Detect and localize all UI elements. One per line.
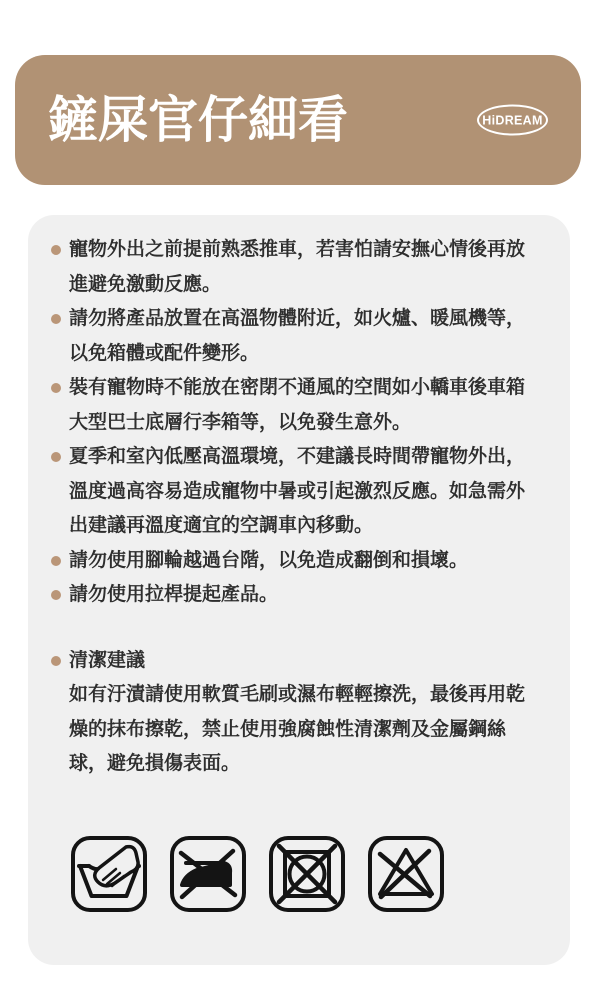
cleaning-title: 清潔建議 <box>69 644 145 679</box>
cleaning-section: 清潔建議 如有汙漬請使用軟質毛刷或濕布輕輕擦洗，最後再用乾燥的抹布擦乾，禁止使用… <box>51 644 538 782</box>
bullet-dot-icon <box>51 590 61 600</box>
care-icons-row <box>70 835 445 913</box>
cleaning-body: 如有汙漬請使用軟質毛刷或濕布輕輕擦洗，最後再用乾燥的抹布擦乾，禁止使用強腐蝕性清… <box>69 678 538 782</box>
do-not-iron-icon <box>169 835 247 913</box>
notice-card: 寵物外出之前提前熟悉推車，若害怕請安撫心情後再放進避免激動反應。請勿將產品放置在… <box>28 215 570 965</box>
notice-item: 請勿將產品放置在高溫物體附近，如火爐、暖風機等，以免箱體或配件變形。 <box>51 302 538 371</box>
do-not-bleach-icon <box>367 835 445 913</box>
notices-list: 寵物外出之前提前熟悉推車，若害怕請安撫心情後再放進避免激動反應。請勿將產品放置在… <box>51 233 538 613</box>
notice-text: 寵物外出之前提前熟悉推車，若害怕請安撫心情後再放進避免激動反應。 <box>69 233 538 302</box>
brand-logo-text: HiDREAM <box>482 113 542 127</box>
bullet-dot-icon <box>51 314 61 324</box>
notice-text: 裝有寵物時不能放在密閉不通風的空間如小轎車後車箱大型巴士底層行李箱等，以免發生意… <box>69 371 538 440</box>
hand-wash-icon <box>70 835 148 913</box>
notice-text: 請勿使用拉桿提起產品。 <box>69 578 278 613</box>
cleaning-heading: 清潔建議 <box>51 644 538 679</box>
notice-item: 請勿使用拉桿提起產品。 <box>51 578 538 613</box>
bullet-dot-icon <box>51 383 61 393</box>
notice-text: 請勿使用腳輪越過台階，以免造成翻倒和損壞。 <box>69 544 468 579</box>
notice-item: 請勿使用腳輪越過台階，以免造成翻倒和損壞。 <box>51 544 538 579</box>
notice-item: 裝有寵物時不能放在密閉不通風的空間如小轎車後車箱大型巴士底層行李箱等，以免發生意… <box>51 371 538 440</box>
header-banner: 鏟屎官仔細看 HiDREAM <box>15 55 581 185</box>
bullet-dot-icon <box>51 556 61 566</box>
bullet-dot-icon <box>51 452 61 462</box>
bullet-dot-icon <box>51 245 61 255</box>
notice-text: 請勿將產品放置在高溫物體附近，如火爐、暖風機等，以免箱體或配件變形。 <box>69 302 538 371</box>
brand-logo: HiDREAM <box>477 105 548 136</box>
page-title: 鏟屎官仔細看 <box>48 95 348 145</box>
notice-item: 寵物外出之前提前熟悉推車，若害怕請安撫心情後再放進避免激動反應。 <box>51 233 538 302</box>
notice-text: 夏季和室內低壓高溫環境，不建議長時間帶寵物外出，溫度過高容易造成寵物中暑或引起激… <box>69 440 538 544</box>
do-not-tumble-dry-icon <box>268 835 346 913</box>
bullet-dot-icon <box>51 656 61 666</box>
notice-item: 夏季和室內低壓高溫環境，不建議長時間帶寵物外出，溫度過高容易造成寵物中暑或引起激… <box>51 440 538 544</box>
